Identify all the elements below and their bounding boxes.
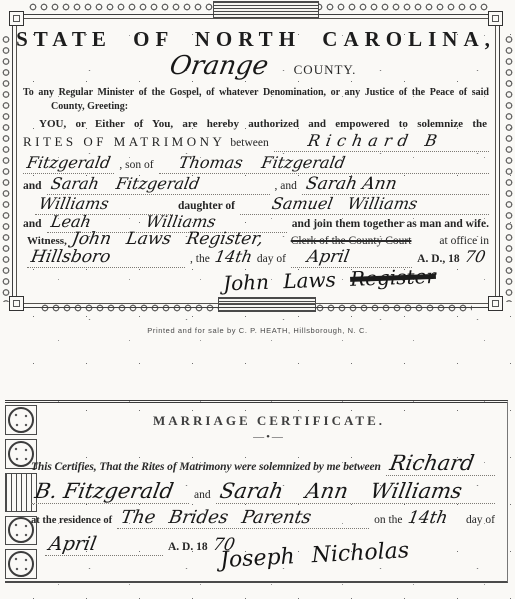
state-title: STATE OF NORTH CAROLINA,: [13, 27, 499, 52]
marriage-license-form: STATE OF NORTH CAROLINA, Orange COUNTY. …: [12, 14, 500, 308]
county-line: Orange COUNTY.: [133, 53, 393, 79]
salutation-line2: County, Greeting:: [51, 101, 128, 112]
printer-credit: Printed and for sale by C. P. HEATH, Hil…: [0, 326, 515, 335]
bride-mother-handwritten: Leah Williams: [49, 214, 216, 230]
rites-line: RITES OF MATRIMONY between Richard B: [23, 133, 489, 152]
certificate-intro-line: This Certifies, That the Rites of Matrim…: [31, 453, 495, 476]
cert-groom2-blank: B. Fitzgerald: [31, 481, 189, 504]
groom-father-blank: Thomas Fitzgerald: [159, 155, 489, 174]
scanned-marriage-document: STATE OF NORTH CAROLINA, Orange COUNTY. …: [0, 0, 515, 599]
cert-groom-last-handwritten: B. Fitzgerald: [33, 481, 175, 502]
cert-groom1-blank: Richard: [386, 453, 495, 476]
groom-mother-handwritten: Sarah Fitzgerald: [49, 176, 200, 192]
witness-name-handwritten: John Laws Register,: [70, 231, 264, 248]
cert-day-of-label: day of: [466, 514, 495, 526]
certifies-text: This Certifies, That the Rites of Matrim…: [31, 461, 381, 473]
cert-groom-first-handwritten: Richard: [388, 453, 476, 474]
corner-ornament-top-left: [9, 11, 24, 26]
day-handwritten: 14th: [213, 249, 253, 265]
medallion-ornament: [5, 549, 37, 579]
certificate-title: MARRIAGE CERTIFICATE.: [45, 413, 493, 429]
border-ornament-right: [504, 34, 514, 302]
corner-ornament-bottom-left: [9, 296, 24, 311]
join-clause: and join them together as man and wife.: [292, 218, 489, 230]
title-ornament: ―•―: [45, 431, 493, 443]
county-value-handwritten: Orange: [167, 53, 270, 79]
register-signature-scribbled: Register: [350, 264, 437, 291]
witness-line: Witness, John Laws Register, Clerk of th…: [27, 231, 489, 248]
and-label-3: and: [23, 218, 42, 230]
groom-first-blank: Richard B: [274, 133, 489, 152]
medallion-ornament: [5, 405, 37, 435]
cert-day-handwritten: 14th: [406, 510, 448, 527]
groom-mother-blank: Sarah Fitzgerald: [47, 176, 270, 195]
groom-last-handwritten: Fitzgerald: [26, 155, 112, 171]
office-place-handwritten: Hillsboro: [30, 249, 112, 266]
and-label-1: and: [23, 180, 42, 192]
on-the-label: on the: [374, 514, 402, 526]
bride-first-blank: Sarah Ann: [302, 176, 489, 195]
son-of-label: , son of: [119, 159, 153, 171]
cert-month-blank: April: [45, 535, 163, 556]
rites-label: RITES OF MATRIMONY: [23, 134, 225, 150]
day-of-label: day of: [257, 253, 286, 265]
cert-bride-handwritten: Sarah Ann Williams: [218, 481, 464, 502]
bride-first-handwritten: Sarah Ann: [304, 176, 398, 193]
groom-first-handwritten: Richard B: [306, 133, 444, 149]
cert-month-handwritten: April: [47, 535, 97, 554]
cert-bride-blank: Sarah Ann Williams: [216, 481, 495, 504]
residence-blank: The Brides Parents: [117, 509, 369, 529]
corner-ornament-top-right: [488, 11, 503, 26]
marriage-certificate-form: MARRIAGE CERTIFICATE. ―•― This Certifies…: [5, 400, 508, 583]
daughter-of-label: daughter of: [178, 200, 235, 212]
residence-label: at the residence of: [31, 515, 112, 526]
county-label: COUNTY.: [294, 62, 357, 78]
cert-ad-label: A. D. 18: [168, 541, 208, 553]
border-ornament-left: [1, 34, 11, 302]
month-handwritten: April: [305, 249, 350, 266]
residence-handwritten: The Brides Parents: [120, 509, 313, 527]
salutation-line1: To any Regular Minister of the Gospel, o…: [23, 87, 489, 98]
groom-parents-line2: and Sarah Fitzgerald , and Sarah Ann: [23, 176, 489, 195]
the-label: , the: [190, 253, 210, 265]
groom-parents-line1: Fitzgerald , son of Thomas Fitzgerald: [23, 155, 489, 174]
groom-last-blank: Fitzgerald: [23, 155, 114, 174]
cert-and-label: and: [194, 489, 211, 501]
bride-father-handwritten: Samuel Williams: [271, 196, 419, 212]
bride-last-handwritten: Williams: [38, 196, 110, 212]
authorization-line: YOU, or Either of You, are hereby author…: [39, 118, 487, 130]
clerk-struck-text: Clerk of the County Court: [268, 235, 435, 247]
office-label: at office in: [439, 235, 489, 247]
and-label-2: , and: [275, 180, 297, 192]
witness-label: Witness,: [27, 235, 67, 247]
office-place-blank: Hillsboro: [27, 249, 185, 268]
bride-father-blank: Samuel Williams: [240, 196, 489, 215]
register-signature-name: John Laws: [223, 267, 351, 295]
groom-father-handwritten: Thomas Fitzgerald: [177, 155, 346, 171]
corner-ornament-bottom-right: [488, 296, 503, 311]
residence-line: at the residence of The Brides Parents o…: [31, 509, 495, 529]
certificate-names-line: B. Fitzgerald and Sarah Ann Williams: [31, 481, 495, 504]
between-label: between: [230, 137, 268, 149]
